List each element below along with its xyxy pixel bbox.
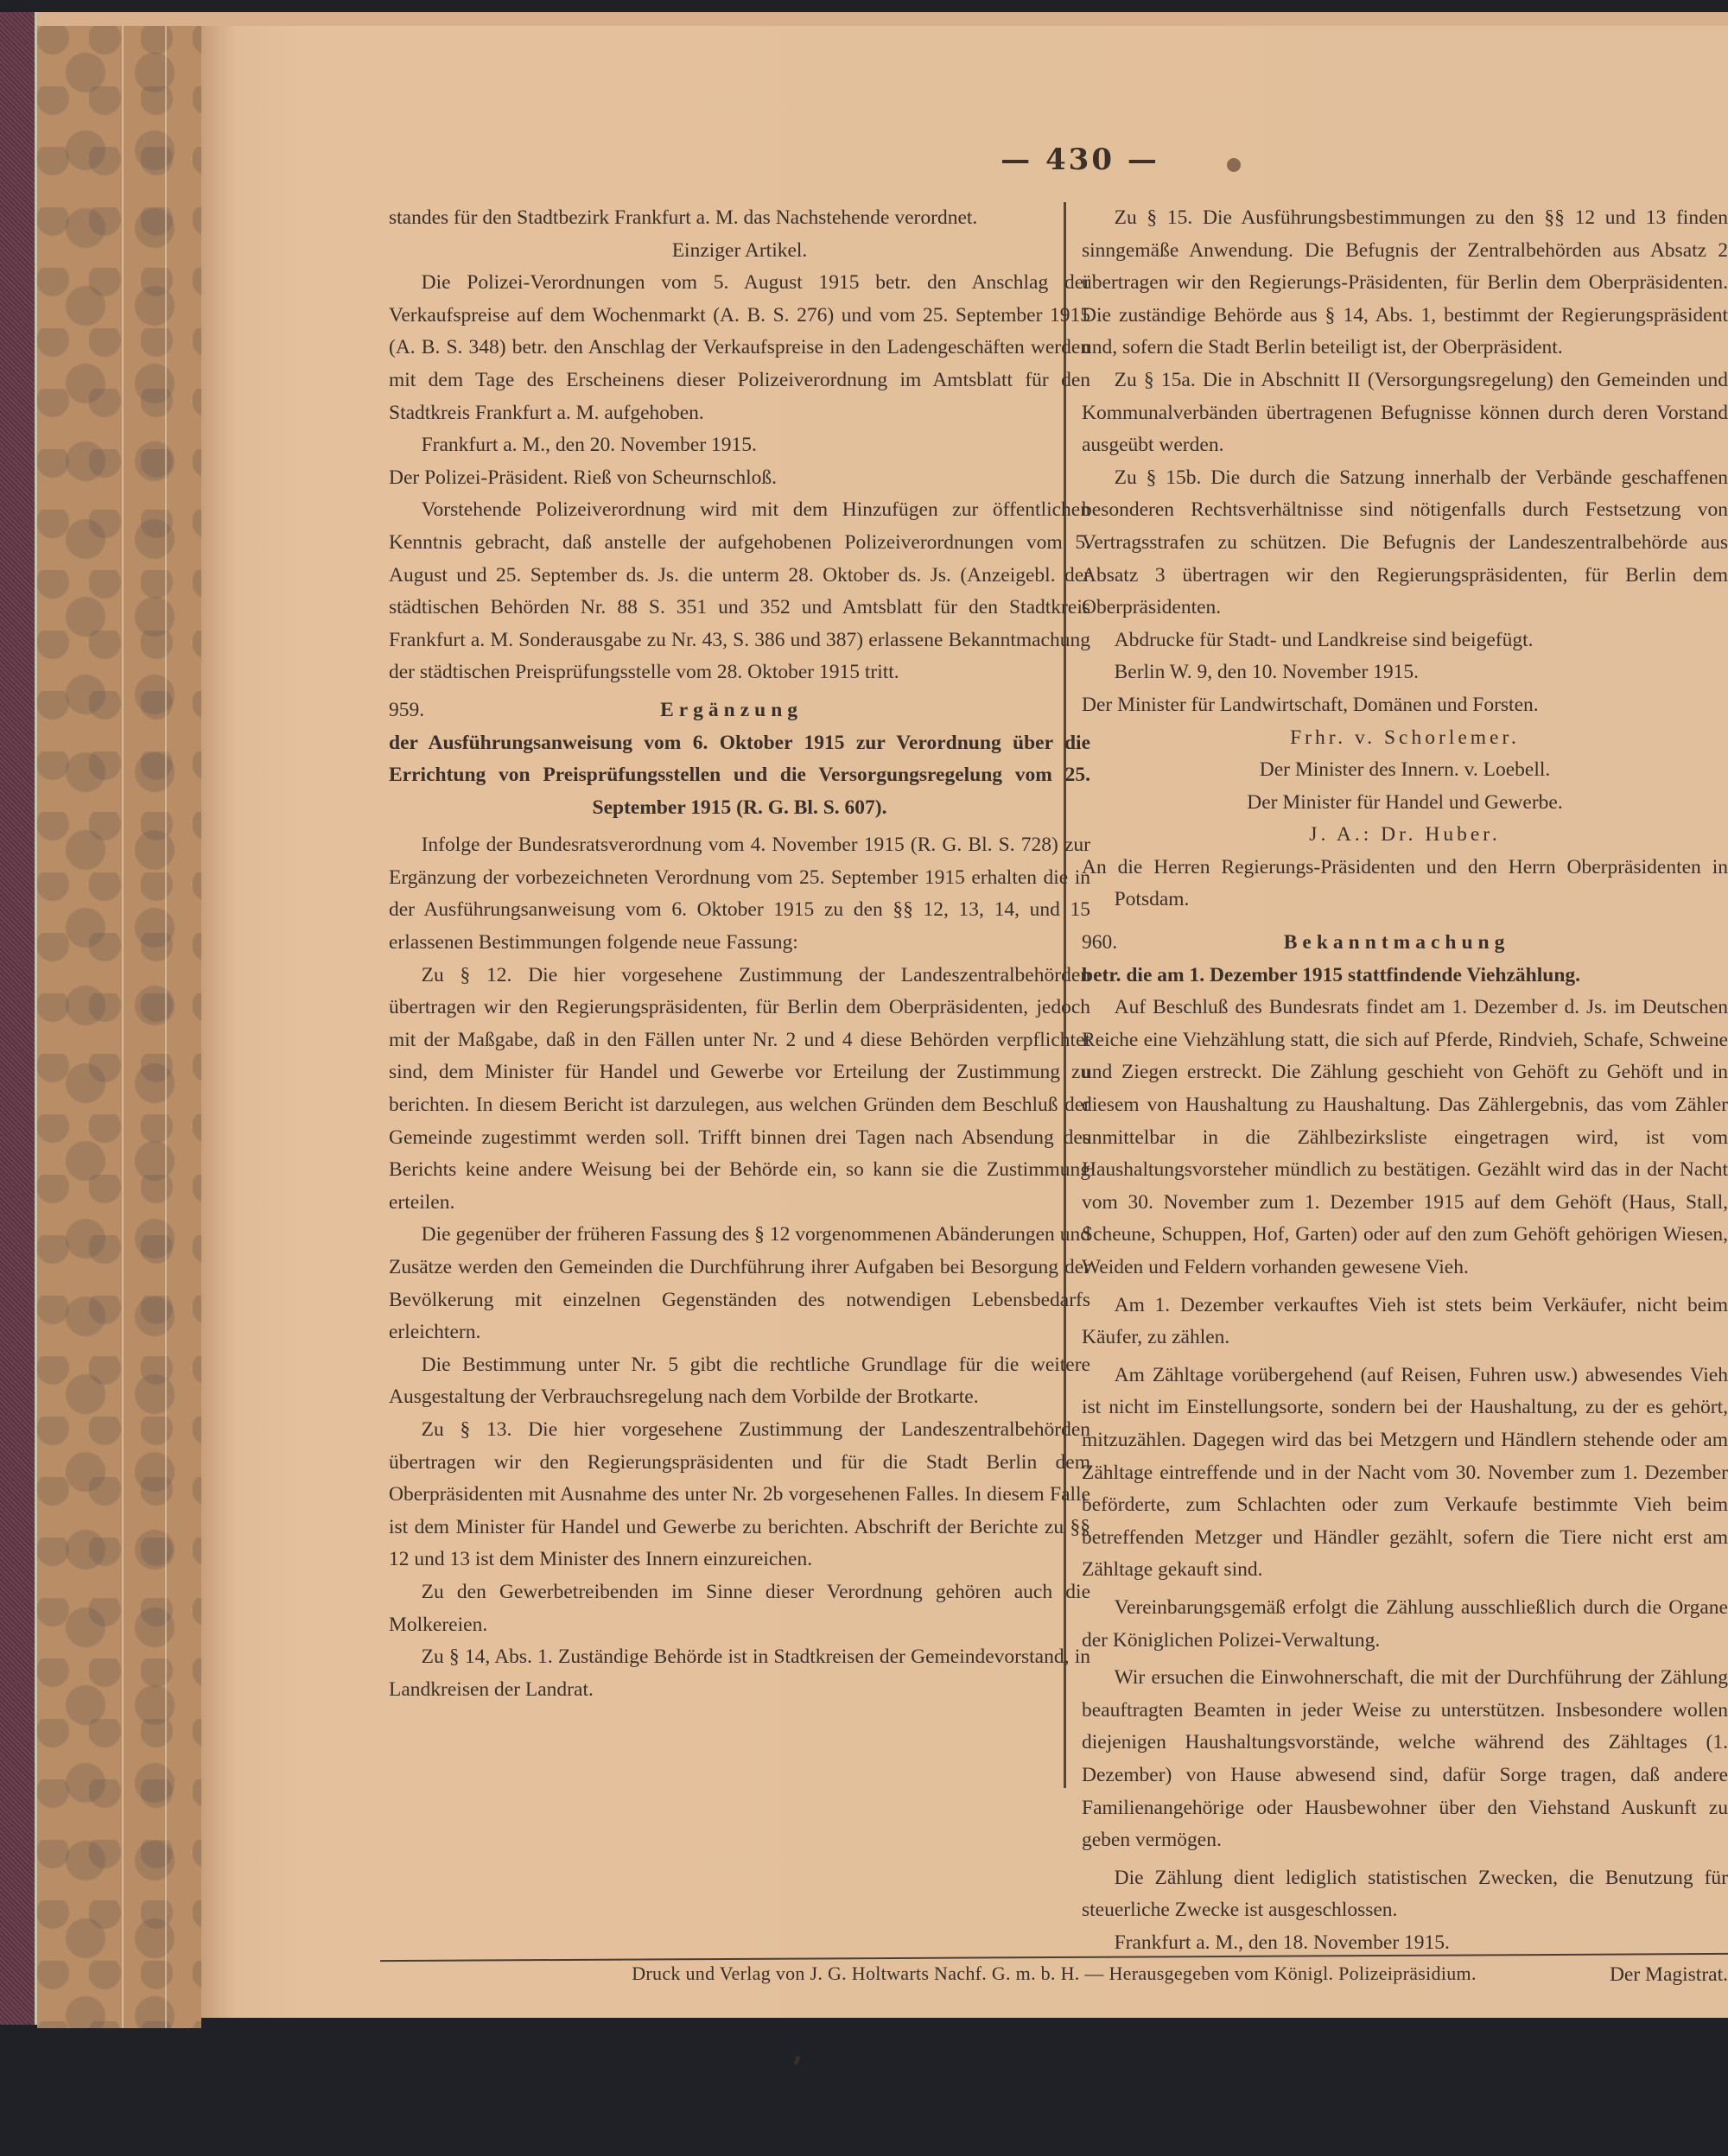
ink-stain — [1227, 158, 1241, 172]
signature-line: Der Minister für Landwirtschaft, Domänen… — [1082, 689, 1728, 722]
paragraph: Die Bestimmung unter Nr. 5 gibt die rech… — [389, 1349, 1090, 1414]
paragraph: Zu § 15. Die Ausführungsbestimmungen zu … — [1082, 202, 1728, 365]
paragraph: Zu § 13. Die hier vorgesehene Zustimmung… — [389, 1414, 1090, 1576]
section-title: Bekanntmachung — [1117, 927, 1676, 960]
left-column: standes für den Stadtbezirk Frankfurt a.… — [389, 202, 1090, 1706]
section-number: 959. — [389, 694, 424, 727]
ink-mark — [793, 2055, 800, 2064]
section-subtitle: betr. die am 1. Dezember 1915 stattfinde… — [1082, 960, 1728, 992]
section-subtitle: der Ausführungsanweisung vom 6. Oktober … — [389, 727, 1090, 825]
paragraph: Zu § 15b. Die durch die Satzung innerhal… — [1082, 462, 1728, 625]
section-heading-959: 959. Ergänzung — [389, 694, 1090, 727]
paragraph: Vereinbarungsgemäß erfolgt die Zählung a… — [1082, 1592, 1728, 1657]
signature-name: Frhr. v. Schorlemer. — [1082, 722, 1728, 755]
paragraph: Vorstehende Polizeiverordnung wird mit d… — [389, 494, 1090, 689]
paragraph: Am Zähltage vorübergehend (auf Reisen, F… — [1082, 1360, 1728, 1587]
imprint-footer: Druck und Verlag von J. G. Holtwarts Nac… — [380, 1963, 1728, 1985]
paragraph: Infolge der Bundesratsverordnung vom 4. … — [389, 829, 1090, 959]
marbled-endpaper — [37, 26, 201, 2028]
place-date: Frankfurt a. M., den 20. November 1915. — [389, 429, 1090, 462]
paragraph: Auf Beschluß des Bundesrats findet am 1.… — [1082, 992, 1728, 1284]
section-heading-960: 960. Bekanntmachung — [1082, 927, 1728, 960]
signature-line: Der Minister für Handel und Gewerbe. — [1082, 787, 1728, 820]
section-number: 960. — [1082, 927, 1117, 960]
right-column: Zu § 15. Die Ausführungsbestimmungen zu … — [1082, 202, 1728, 1992]
article-heading: Einziger Artikel. — [389, 235, 1090, 268]
paragraph: Am 1. Dezember verkauftes Vieh ist stets… — [1082, 1290, 1728, 1354]
paragraph: Zu § 15a. Die in Abschnitt II (Versorgun… — [1082, 365, 1728, 462]
page-number: — 430 — — [950, 143, 1210, 177]
paragraph: Zu § 12. Die hier vorgesehene Zustimmung… — [389, 960, 1090, 1220]
paragraph: standes für den Stadtbezirk Frankfurt a.… — [389, 202, 1090, 235]
book-cloth-binding — [0, 12, 37, 2025]
addressee: An die Herren Regierungs-Präsidenten und… — [1082, 852, 1728, 916]
signature: Der Polizei-Präsident. Rieß von Scheurns… — [389, 462, 1090, 495]
signature-name: J. A.: Dr. Huber. — [1082, 819, 1728, 852]
paragraph: Die gegenüber der früheren Fassung des §… — [389, 1219, 1090, 1348]
paragraph: Zu den Gewerbetreibenden im Sinne dieser… — [389, 1576, 1090, 1641]
paragraph: Die Polizei-Verordnungen vom 5. August 1… — [389, 267, 1090, 429]
section-title: Ergänzung — [424, 694, 1039, 727]
signature-line: Der Minister des Innern. v. Loebell. — [1082, 754, 1728, 787]
paragraph: Die Zählung dient lediglich statistische… — [1082, 1862, 1728, 1927]
paragraph: Wir ersuchen die Einwohnerschaft, die mi… — [1082, 1662, 1728, 1857]
place-date: Berlin W. 9, den 10. November 1915. — [1082, 656, 1728, 689]
paragraph: Zu § 14, Abs. 1. Zuständige Behörde ist … — [389, 1641, 1090, 1706]
paragraph: Abdrucke für Stadt- und Landkreise sind … — [1082, 625, 1728, 657]
